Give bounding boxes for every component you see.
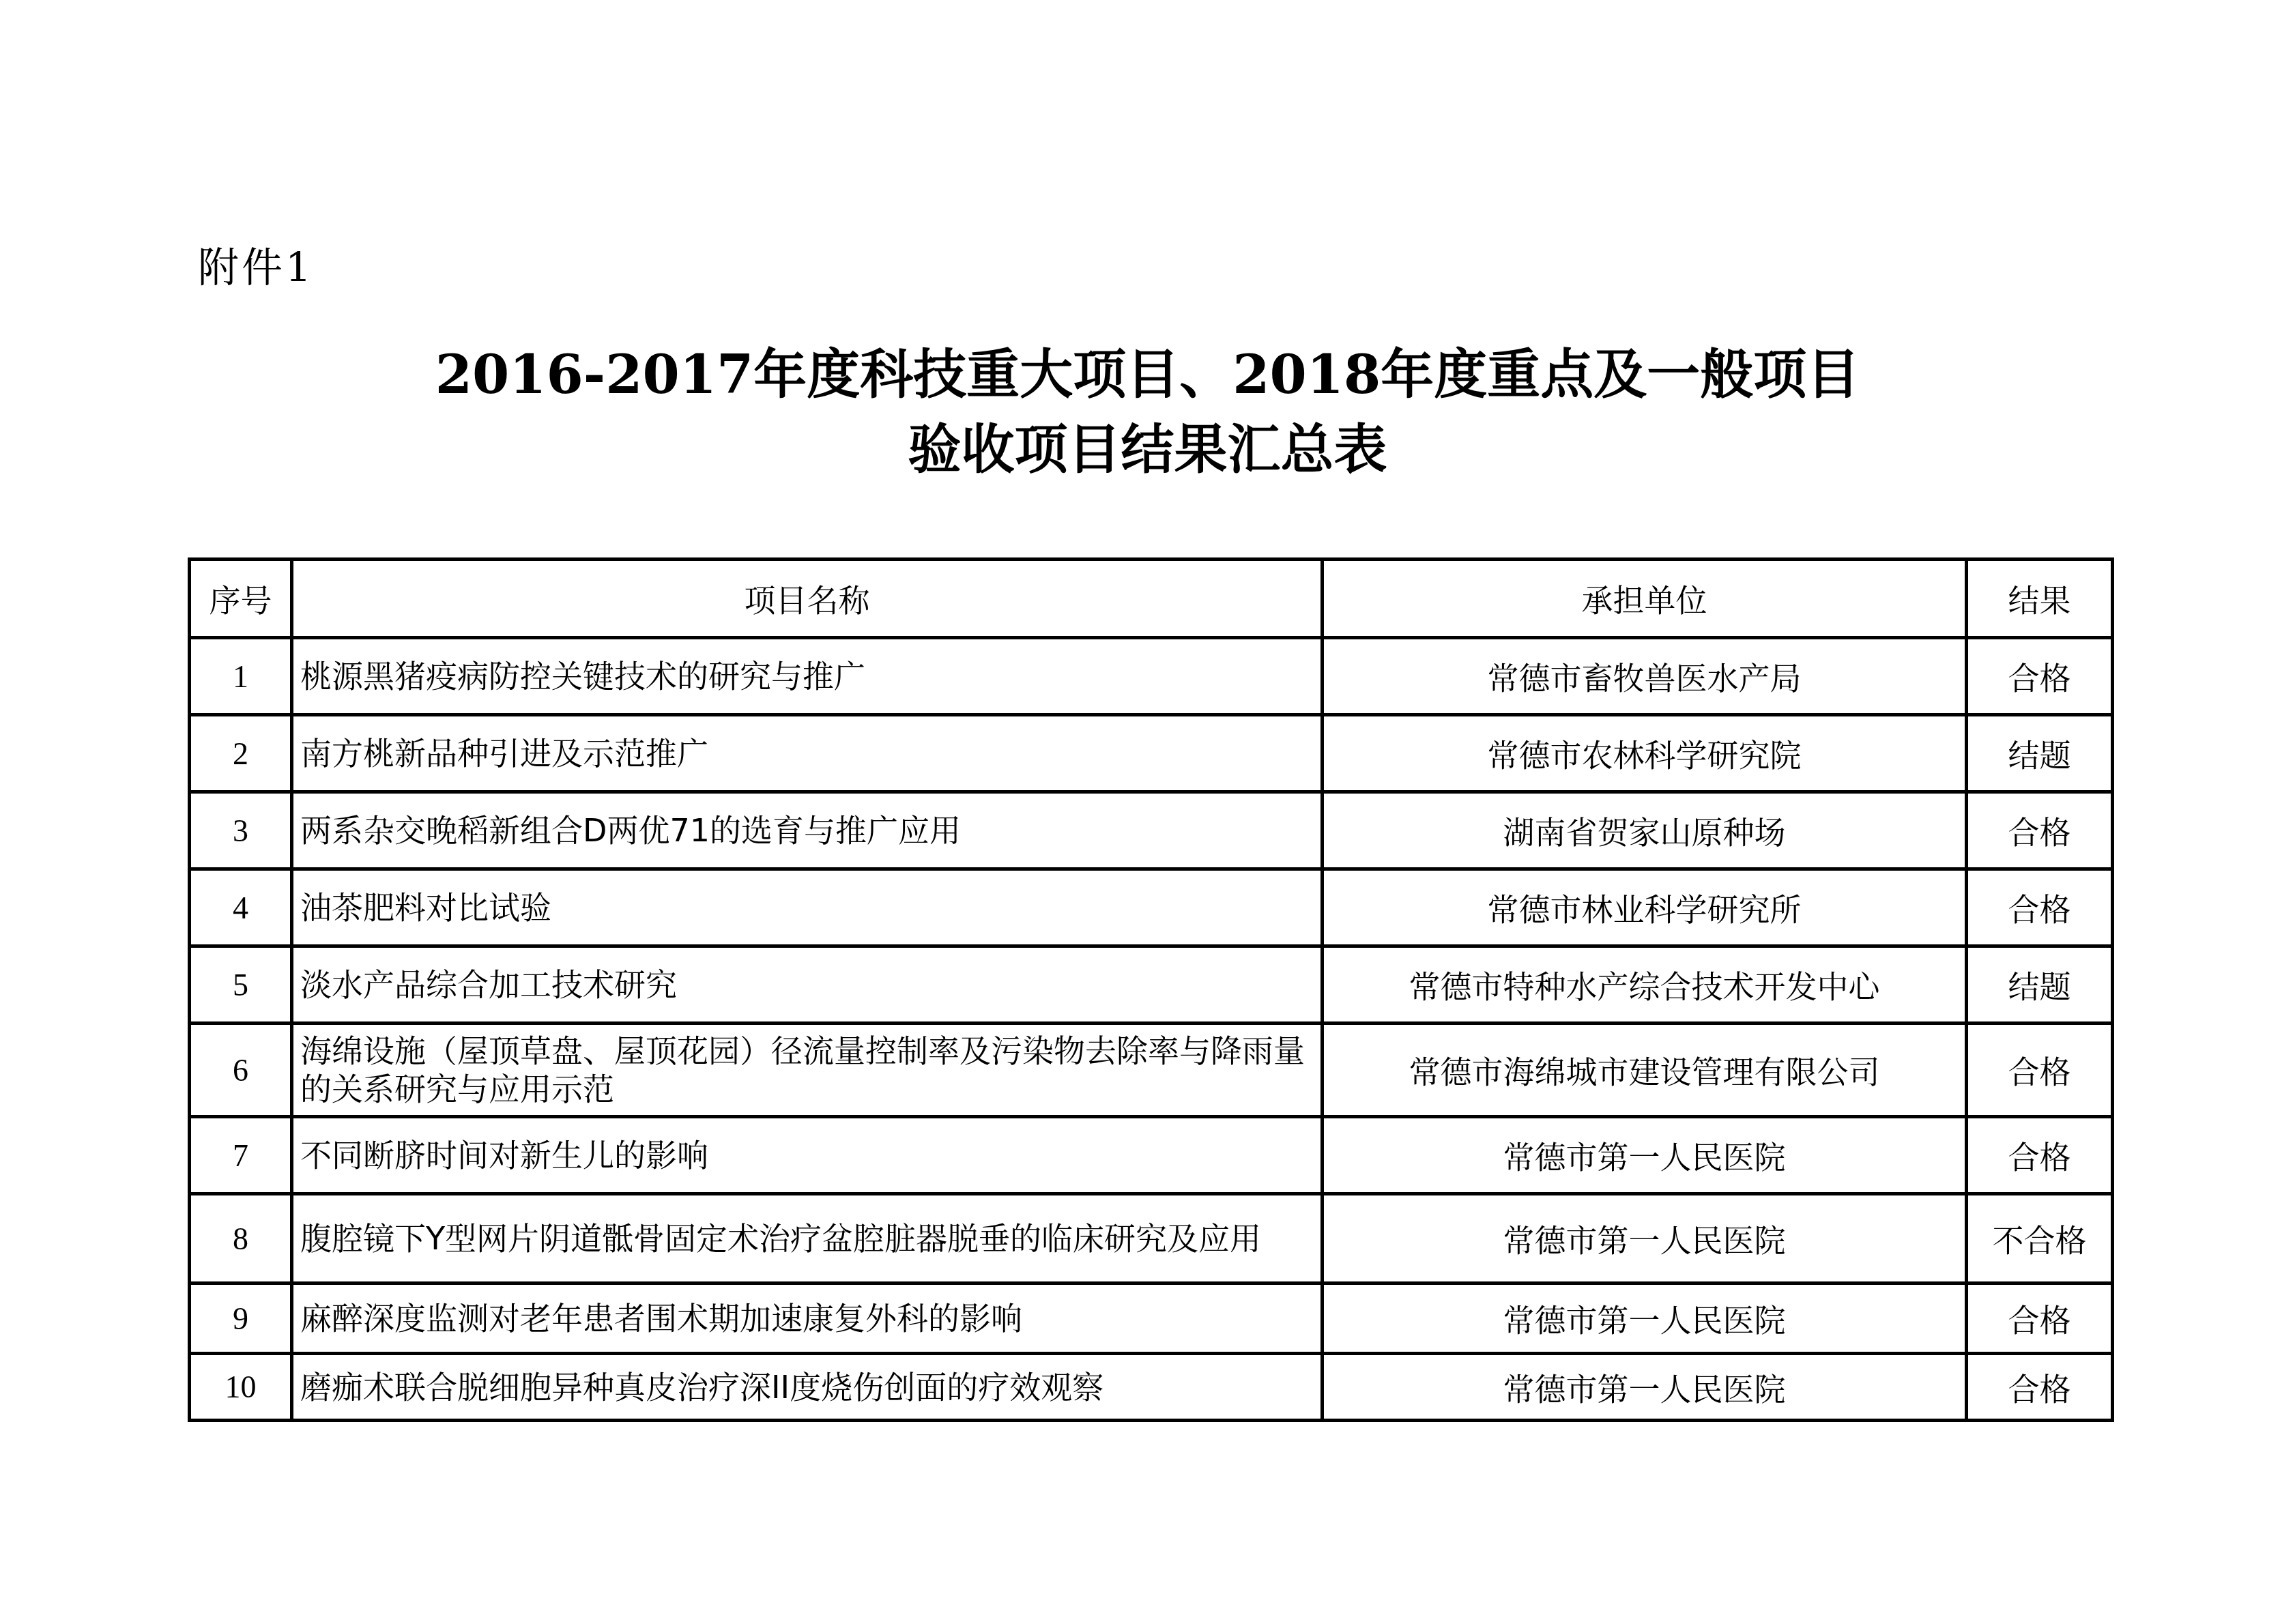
row-index: 2 [190,715,292,792]
header-project-name: 项目名称 [292,560,1323,638]
row-project-name: 磨痂术联合脱细胞异种真皮治疗深II度烧伤创面的疗效观察 [292,1354,1323,1421]
row-unit: 常德市农林科学研究院 [1323,715,1967,792]
row-unit: 常德市林业科学研究所 [1323,869,1967,946]
table-row: 1 桃源黑猪疫病防控关键技术的研究与推广 常德市畜牧兽医水产局 合格 [190,638,2113,715]
table-row: 3 两系杂交晚稻新组合D两优71的选育与推广应用 湖南省贺家山原种场 合格 [190,792,2113,869]
row-result: 合格 [1967,1354,2113,1421]
row-result: 合格 [1967,1284,2113,1354]
document-title-line2: 验收项目结果汇总表 [0,416,2295,484]
row-project-name: 淡水产品综合加工技术研究 [292,946,1323,1024]
table-header-row: 序号 项目名称 承担单位 结果 [190,560,2113,638]
row-index: 6 [190,1024,292,1117]
table-row: 5 淡水产品综合加工技术研究 常德市特种水产综合技术开发中心 结题 [190,946,2113,1024]
header-index: 序号 [190,560,292,638]
row-unit: 湖南省贺家山原种场 [1323,792,1967,869]
row-unit: 常德市第一人民医院 [1323,1284,1967,1354]
row-project-name: 麻醉深度监测对老年患者围术期加速康复外科的影响 [292,1284,1323,1354]
row-result: 不合格 [1967,1194,2113,1284]
document-title-line1: 2016-2017年度科技重大项目、2018年度重点及一般项目 [0,341,2295,409]
row-result: 合格 [1967,638,2113,715]
row-unit: 常德市第一人民医院 [1323,1194,1967,1284]
row-unit: 常德市海绵城市建设管理有限公司 [1323,1024,1967,1117]
row-unit: 常德市特种水产综合技术开发中心 [1323,946,1967,1024]
row-result: 结题 [1967,715,2113,792]
results-table: 序号 项目名称 承担单位 结果 1 桃源黑猪疫病防控关键技术的研究与推广 常德市… [188,557,2114,1422]
row-index: 9 [190,1284,292,1354]
row-project-name: 油茶肥料对比试验 [292,869,1323,946]
row-unit: 常德市畜牧兽医水产局 [1323,638,1967,715]
row-unit: 常德市第一人民医院 [1323,1354,1967,1421]
row-unit: 常德市第一人民医院 [1323,1117,1967,1194]
row-result: 合格 [1967,869,2113,946]
table-row: 7 不同断脐时间对新生儿的影响 常德市第一人民医院 合格 [190,1117,2113,1194]
table-row: 4 油茶肥料对比试验 常德市林业科学研究所 合格 [190,869,2113,946]
table-row: 9 麻醉深度监测对老年患者围术期加速康复外科的影响 常德市第一人民医院 合格 [190,1284,2113,1354]
table-row: 6 海绵设施（屋顶草盘、屋顶花园）径流量控制率及污染物去除率与降雨量的关系研究与… [190,1024,2113,1117]
row-project-name: 桃源黑猪疫病防控关键技术的研究与推广 [292,638,1323,715]
row-index: 10 [190,1354,292,1421]
row-result: 合格 [1967,1024,2113,1117]
table-row: 2 南方桃新品种引进及示范推广 常德市农林科学研究院 结题 [190,715,2113,792]
row-result: 结题 [1967,946,2113,1024]
row-index: 1 [190,638,292,715]
row-index: 8 [190,1194,292,1284]
row-project-name: 腹腔镜下Y型网片阴道骶骨固定术治疗盆腔脏器脱垂的临床研究及应用 [292,1194,1323,1284]
row-project-name: 两系杂交晚稻新组合D两优71的选育与推广应用 [292,792,1323,869]
row-index: 5 [190,946,292,1024]
row-project-name: 海绵设施（屋顶草盘、屋顶花园）径流量控制率及污染物去除率与降雨量的关系研究与应用… [292,1024,1323,1117]
attachment-label: 附件1 [198,235,314,294]
row-index: 4 [190,869,292,946]
row-index: 3 [190,792,292,869]
row-index: 7 [190,1117,292,1194]
header-unit: 承担单位 [1323,560,1967,638]
row-result: 合格 [1967,1117,2113,1194]
row-result: 合格 [1967,792,2113,869]
table-row: 8 腹腔镜下Y型网片阴道骶骨固定术治疗盆腔脏器脱垂的临床研究及应用 常德市第一人… [190,1194,2113,1284]
row-project-name: 南方桃新品种引进及示范推广 [292,715,1323,792]
row-project-name: 不同断脐时间对新生儿的影响 [292,1117,1323,1194]
header-result: 结果 [1967,560,2113,638]
table-row: 10 磨痂术联合脱细胞异种真皮治疗深II度烧伤创面的疗效观察 常德市第一人民医院… [190,1354,2113,1421]
